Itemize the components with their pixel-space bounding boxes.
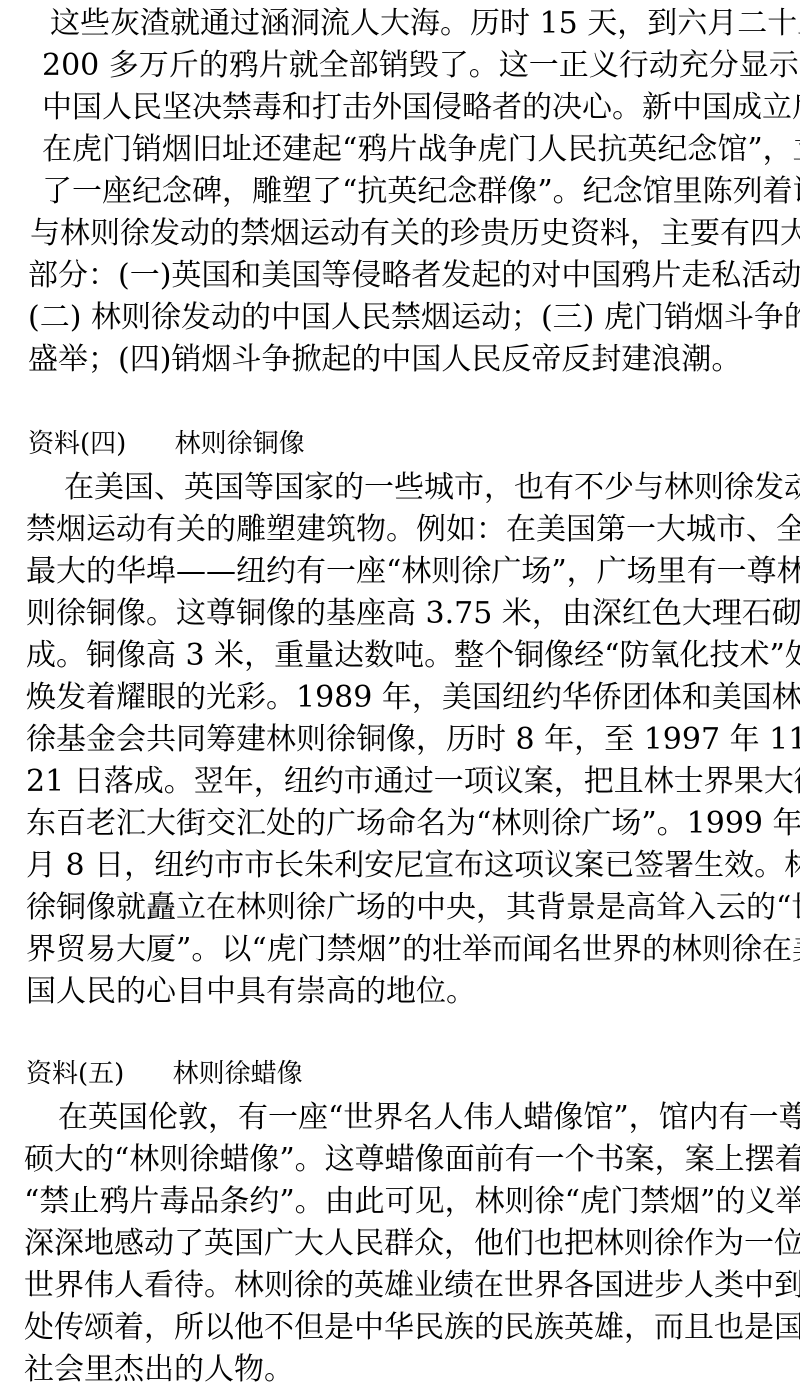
text-line: 在虎门销烟旧址还建起“鸦片战争虎门人民抗英纪念馆”，立 — [42, 132, 800, 168]
text-line: 焕发着耀眼的光彩。1989 年，美国纽约华侨团体和美国林则 — [26, 680, 800, 716]
text-line: 月 8 日，纽约市市长朱利安尼宣布这项议案已签署生效。林则 — [26, 848, 800, 884]
text-line: 部分：(一)英国和美国等侵略者发起的对中国鸦片走私活动； — [28, 258, 800, 294]
text-line: 最大的华埠——纽约有一座“林则徐广场”，广场里有一尊林 — [26, 554, 800, 590]
text-line: 则徐铜像。这尊铜像的基座高 3.75 米，由深红色大理石砌 — [26, 596, 800, 632]
text-line: 国人民的心目中具有崇高的地位。 — [26, 974, 800, 1010]
text-line: 徐基金会共同筹建林则徐铜像，历时 8 年，至 1997 年 11 月 — [26, 722, 800, 758]
text-line: 中国人民坚决禁毒和打击外国侵略者的决心。新中国成立后， — [42, 90, 800, 126]
document-page: 这些灰渣就通过涵洞流人大海。历时 15 天，到六月二十五日， 200 多万斤的鸦… — [0, 0, 800, 1394]
section-heading-4: 资料(四) 林则徐铜像 — [28, 428, 305, 460]
text-line: 徐铜像就矗立在林则徐广场的中央，其背景是高耸入云的“世 — [26, 890, 800, 926]
text-line: 盛举；(四)销烟斗争掀起的中国人民反帝反封建浪潮。 — [28, 342, 800, 378]
section-heading-5: 资料(五) 林则徐蜡像 — [26, 1058, 303, 1090]
text-line: “禁止鸦片毒品条约”。由此可见，林则徐“虎门禁烟”的义举也 — [24, 1184, 800, 1220]
text-line: 在英国伦敦，有一座“世界名人伟人蜡像馆”，馆内有一尊 — [58, 1100, 800, 1136]
text-line: 在美国、英国等国家的一些城市，也有不少与林则徐发动 — [64, 470, 800, 506]
text-line: 与林则徐发动的禁烟运动有关的珍贵历史资料，主要有四大 — [30, 216, 800, 252]
text-line: 21 日落成。翌年，纽约市通过一项议案，把且林士界果大街与 — [26, 764, 800, 800]
text-line: 200 多万斤的鸦片就全部销毁了。这一正义行动充分显示了 — [42, 48, 800, 84]
section-title: 林则徐蜡像 — [173, 1058, 303, 1090]
text-line: 成。铜像高 3 米，重量达数吨。整个铜像经“防氧化技术”处理， — [26, 638, 800, 674]
text-line: 处传颂着，所以他不但是中华民族的民族英雄，而且也是国际 — [24, 1310, 800, 1346]
section-title: 林则徐铜像 — [175, 428, 305, 460]
text-line: 硕大的“林则徐蜡像”。这尊蜡像面前有一个书案，案上摆着 — [24, 1142, 800, 1178]
text-line: 深深地感动了英国广大人民群众，他们也把林则徐作为一位 — [24, 1226, 800, 1262]
section-label: 资料(五) — [26, 1058, 124, 1090]
text-line: 这些灰渣就通过涵洞流人大海。历时 15 天，到六月二十五日， — [50, 6, 800, 42]
text-line: (二) 林则徐发动的中国人民禁烟运动；(三) 虎门销烟斗争的 — [28, 300, 800, 336]
text-line: 禁烟运动有关的雕塑建筑物。例如：在美国第一大城市、全美 — [26, 512, 800, 548]
text-line: 界贸易大厦”。以“虎门禁烟”的壮举而闻名世界的林则徐在美 — [26, 932, 800, 968]
section-label: 资料(四) — [28, 428, 126, 460]
text-line: 东百老汇大街交汇处的广场命名为“林则徐广场”。1999 年 5 — [26, 806, 800, 842]
text-line: 了一座纪念碑，雕塑了“抗英纪念群像”。纪念馆里陈列着许多 — [42, 174, 800, 210]
text-line: 世界伟人看待。林则徐的英雄业绩在世界各国进步人类中到 — [24, 1268, 800, 1304]
text-line: 社会里杰出的人物。 — [24, 1352, 800, 1388]
